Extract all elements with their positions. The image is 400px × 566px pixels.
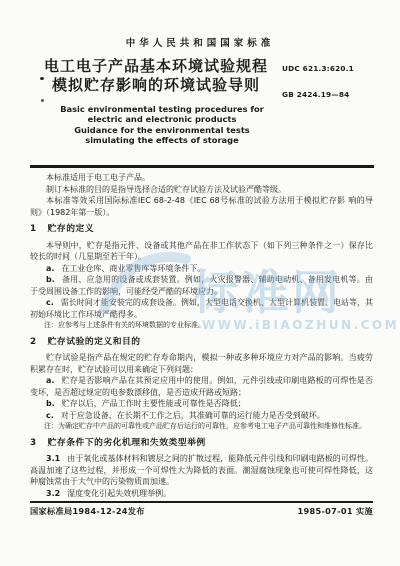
item-a-label: a. <box>46 264 61 273</box>
item-a-text: 贮存是否影响产品在其预定应用中的使用。例如，元件引线或印刷电路板的可焊性是否变坏… <box>30 376 373 397</box>
standard-document-page: 中华人民共和国国家标准 电工电子产品基本环境试验规程 模拟贮存影响的环境试验导则… <box>0 0 400 566</box>
section-3-number: 3 <box>30 438 37 448</box>
clause-3-1-text: 由于氧化或基体材料和镀层之间的扩散过程，能降低元件引线和印刷电路板的可焊性。高温… <box>30 454 373 486</box>
intro-paragraph-3: 本标准等效采用国际标准IEC 68-2-48《IEC 68号标准的试验方法用于模… <box>30 195 373 218</box>
udc-number: UDC 621.3:620.1 <box>282 64 374 73</box>
section-1-heading: 1贮存的定义 <box>30 224 373 236</box>
clause-3-1-label: 3.1 <box>46 454 67 463</box>
standard-number: GB 2424.19—84 <box>282 90 374 99</box>
issued-date: 国家标准局1984-12-24发布 <box>30 506 145 517</box>
scan-speck <box>41 99 44 102</box>
item-b-text: 备用、应急用的设备或成套装置。例如，火灾报警器、辅助电动机、备用发电机等。由于受… <box>30 275 373 296</box>
clause-3-1: 3.1由于氧化或基体材料和镀层之间的扩散过程，能降低元件引线和印刷电路板的可焊性… <box>30 453 373 488</box>
section-1-item-a: a.在工业仓库、商业零售库等环境条件下。 <box>30 263 373 275</box>
section-3-heading: 3贮存条件下的劣化机理和失效类型举例 <box>30 438 373 450</box>
footer: 国家标准局1984-12-24发布 1985-07-01 实施 <box>30 506 373 517</box>
clause-3-2-text: 湿度变化引起失效机理举例。 <box>67 489 171 498</box>
section-2-title: 贮存试验的定义和目的 <box>48 337 141 347</box>
standard-codes: UDC 621.3:620.1 GB 2424.19—84 <box>282 57 374 99</box>
standard-org-line: 中华人民共和国国家标准 <box>0 35 400 49</box>
document-body: 本标准适用于电工电子产品。 制订本标准的目的是指导选择合适的贮存试验方法及试验严… <box>30 172 373 498</box>
intro-paragraph-2: 制订本标准的目的是指导选择合适的贮存试验方法及试验严酷等级。 <box>30 184 373 196</box>
item-a-label: a. <box>46 376 61 385</box>
document-title: 电工电子产品基本环境试验规程 模拟贮存影响的环境试验导则 <box>30 57 282 99</box>
english-title-line1: Basic environmental testing procedures f… <box>30 104 294 114</box>
document-title-line2: 模拟贮存影响的环境试验导则 <box>30 76 282 95</box>
item-b-text: 贮存以后，产品工作时主要性能或可靠性是否降低； <box>62 399 246 408</box>
scan-speck <box>40 77 44 80</box>
clause-3-2-label: 3.2 <box>46 489 67 498</box>
section-2-note: 注：为确定贮存中产品的可靠性或产品贮存后运行的可靠性，应参考电工电子产品可靠性和… <box>30 421 373 432</box>
item-c-label: c. <box>46 298 61 307</box>
section-1-title: 贮存的定义 <box>48 224 95 234</box>
footer-divider-rule <box>30 501 373 503</box>
section-3-title: 贮存条件下的劣化机理和失效类型举例 <box>48 438 206 448</box>
item-b-label: b. <box>46 275 62 284</box>
section-1-item-b: b.备用、应急用的设备或成套装置。例如，火灾报警器、辅助电动机、备用发电机等。由… <box>30 274 373 297</box>
item-c-label: c. <box>46 411 61 420</box>
english-title-line4: simulating the effects of storage <box>30 135 294 145</box>
section-2-item-b: b.贮存以后，产品工作时主要性能或可靠性是否降低； <box>30 398 373 410</box>
section-1-note: 注：应参考与上述条件有关的环境数据的专业标准。 <box>30 320 373 331</box>
item-c-text: 需长时间才能安装完的成套设备。例如，大型电话交换机、大型计算机装置、电站等，其初… <box>30 298 373 319</box>
section-2-number: 2 <box>30 337 37 347</box>
intro-paragraph-1: 本标准适用于电工电子产品。 <box>30 172 373 184</box>
english-title: Basic environmental testing procedures f… <box>30 104 294 146</box>
document-title-line1: 电工电子产品基本环境试验规程 <box>30 57 282 76</box>
item-c-text: 对于应急设备，在长期不工作之后，其准确可靠的运行能力是否受到破坏。 <box>61 411 325 420</box>
section-2-paragraph: 贮存试验是指产品在规定的贮存寿命期内，模拟一种或多种环境应力对产品的影响。当疲劳… <box>30 352 373 375</box>
item-b-label: b. <box>46 399 62 408</box>
title-block: 电工电子产品基本环境试验规程 模拟贮存影响的环境试验导则 UDC 621.3:6… <box>30 57 374 99</box>
english-title-line2: electric and electronic products <box>30 114 294 124</box>
section-2-item-a: a.贮存是否影响产品在其预定应用中的使用。例如，元件引线或印刷电路板的可焊性是否… <box>30 375 373 398</box>
effective-date: 1985-07-01 实施 <box>298 506 374 517</box>
section-1-paragraph: 本导则中，贮存是指元件、设备或其他产品在非工作状态下（如下列三种条件之一）保存比… <box>30 240 373 263</box>
clause-3-2: 3.2湿度变化引起失效机理举例。 <box>30 488 373 499</box>
section-2-heading: 2贮存试验的定义和目的 <box>30 337 373 349</box>
item-a-text: 在工业仓库、商业零售库等环境条件下。 <box>61 264 205 273</box>
section-1-item-c: c.需长时间才能安装完的成套设备。例如，大型电话交换机、大型计算机装置、电站等，… <box>30 297 373 320</box>
header-divider-rule <box>30 165 374 168</box>
section-1-number: 1 <box>30 224 37 234</box>
english-title-line3: Guidance for the environmental tests <box>30 125 294 135</box>
section-2-item-c: c.对于应急设备，在长期不工作之后，其准确可靠的运行能力是否受到破坏。 <box>30 410 373 422</box>
